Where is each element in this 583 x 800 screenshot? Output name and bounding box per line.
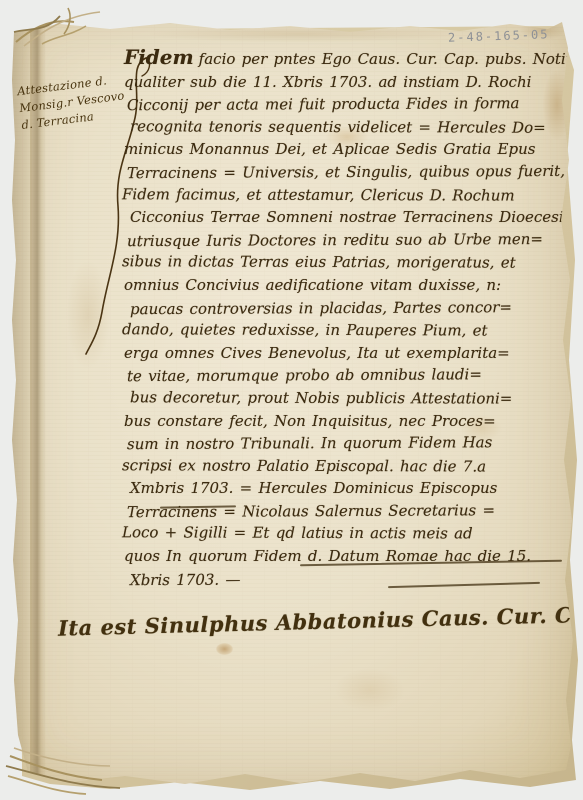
manuscript-line: bus decoretur, prout Nobis publicis Atte… — [130, 386, 566, 410]
manuscript-line: Xmbris 1703. = Hercules Dominicus Episco… — [130, 477, 566, 500]
stain-spot — [150, 26, 450, 42]
first-line-rest: facio per pntes Ego Caus. Cur. Cap. pubs… — [199, 50, 583, 68]
manuscript-line: Cicconius Terrae Somneni nostrae Terraci… — [130, 206, 566, 229]
manuscript-line: sibus in dictas Terras eius Patrias, mor… — [122, 251, 566, 275]
stain-spot — [335, 668, 405, 712]
scanned-document: 2-48-165-05 Attestazione d. Monsig.r Ves… — [0, 0, 583, 800]
manuscript-text: Fidemfacio per pntes Ego Caus. Cur. Cap.… — [124, 46, 566, 590]
manuscript-page: 2-48-165-05 Attestazione d. Monsig.r Ves… — [0, 0, 583, 800]
manuscript-line: recognita tenoris sequentis videlicet = … — [130, 115, 566, 139]
manuscript-line: minicus Monannus Dei, et Aplicae Sedis G… — [124, 138, 566, 161]
notary-signature: Ita est Sinulphus Abbatonius Caus. Cur. … — [58, 595, 571, 648]
manuscript-line: bus constare fecit, Non Inquisitus, nec … — [124, 410, 566, 433]
manuscript-line: Fidem facimus, et attestamur, Clericus D… — [122, 183, 566, 207]
manuscript-line: scripsi ex nostro Palatio Episcopal. hac… — [122, 454, 566, 478]
manuscript-line: sum in nostro Tribunali. In quorum Fidem… — [127, 431, 566, 456]
manuscript-line: te vitae, morumque probo ab omnibus laud… — [127, 363, 566, 388]
stain-spot — [216, 643, 233, 655]
manuscript-line: erga omnes Cives Benevolus, Ita ut exemp… — [124, 342, 566, 365]
manuscript-line: dando, quietes reduxisse, in Pauperes Pi… — [122, 318, 566, 342]
manuscript-line: Xbris 1703. — — [130, 567, 566, 592]
binding-margin-shade — [12, 24, 32, 776]
manuscript-line: paucas controversias in placidas, Partes… — [130, 295, 566, 320]
manuscript-line: utriusque Iuris Doctores in reditu suo a… — [127, 228, 566, 253]
manuscript-line: Cicconij per acta mei fuit producta Fide… — [127, 92, 566, 117]
manuscript-line: Terracinens = Nicolaus Salernus Secretar… — [127, 499, 566, 524]
manuscript-line: Loco + Sigilli = Et qd latius in actis m… — [122, 522, 566, 546]
stain-spot — [66, 260, 110, 370]
manuscript-line: qualiter sub die 11. Xbris 1703. ad inst… — [124, 71, 566, 94]
manuscript-line: Terracinens = Universis, et Singulis, qu… — [127, 160, 566, 185]
manuscript-lines: qualiter sub die 11. Xbris 1703. ad inst… — [124, 71, 566, 591]
manuscript-line: Fidemfacio per pntes Ego Caus. Cur. Cap.… — [124, 46, 566, 71]
manuscript-line: omnius Concivius aedificatione vitam dux… — [124, 274, 566, 297]
opening-word: Fidem — [124, 45, 194, 69]
fold-crease — [30, 24, 46, 776]
